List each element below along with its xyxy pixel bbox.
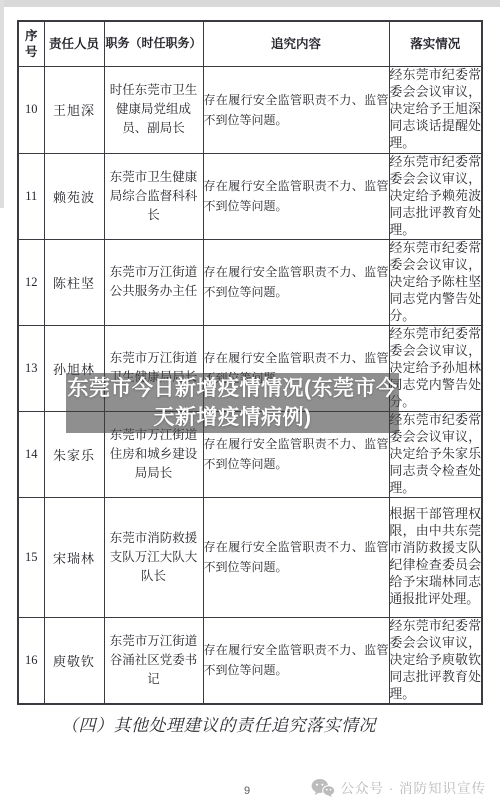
- row-accountability-content: 存在履行安全监管职责不力、监管不到位等问题。: [203, 239, 389, 325]
- row-implementation-result: 根据干部管理权限，由中共东莞市消防救援支队纪律检查委员会给予宋瑞林同志通报批评处…: [389, 497, 482, 617]
- row-seq-number: 13: [18, 325, 44, 411]
- table-row: 11 赖苑波 东莞市卫生健康局综合监督科科长 存在履行安全监管职责不力、监管不到…: [18, 153, 482, 239]
- row-seq-number: 15: [18, 497, 44, 617]
- row-implementation-result: 经东莞市纪委常委会会议审议，决定给予孙旭林同志党内警告处分。: [389, 325, 482, 411]
- watermark-title-banner: 东莞市今日新增疫情情况(东莞市今 天新增疫情病例): [66, 373, 399, 433]
- header-result: 落实情况: [389, 21, 482, 66]
- table-row: 16 庾敬钦 东莞市万江街道谷涌社区党委书记 存在履行安全监管职责不力、监管不到…: [18, 617, 482, 704]
- table-row: 10 王旭深 时任东莞市卫生健康局党组成员、副局长 存在履行安全监管职责不力、监…: [18, 66, 482, 153]
- row-seq-number: 16: [18, 617, 44, 704]
- header-duty: 职务（时任职务）: [104, 21, 203, 66]
- row-accountability-content: 存在履行安全监管职责不力、监管不到位等问题。: [203, 66, 389, 153]
- table-header-row: 序号 责任人员 职务（时任职务） 追究内容 落实情况: [18, 21, 482, 66]
- row-implementation-result: 经东莞市纪委常委会会议审议，决定给予赖苑波同志批评教育处理。: [389, 153, 482, 239]
- page-edge-top: [0, 0, 500, 7]
- row-accountability-content: 存在履行安全监管职责不力、监管不到位等问题。: [203, 153, 389, 239]
- row-seq-number: 14: [18, 411, 44, 497]
- row-duty: 东莞市卫生健康局综合监督科科长: [104, 153, 203, 239]
- row-person-name: 赖苑波: [44, 153, 104, 239]
- banner-line-1: 东莞市今日新增疫情情况(东莞市今: [66, 374, 399, 403]
- row-duty: 东莞市消防救援支队万江大队大队长: [104, 497, 203, 617]
- section-title: （四）其他处理建议的责任追究落实情况: [61, 711, 376, 736]
- banner-line-2: 天新增疫情病例): [66, 403, 399, 432]
- table-row: 15 宋瑞林 东莞市消防救援支队万江大队大队长 存在履行安全监管职责不力、监管不…: [18, 497, 482, 617]
- publisher-watermark: 公众号 · 消防知识宣传: [311, 777, 487, 797]
- row-accountability-content: 存在履行安全监管职责不力、监管不到位等问题。: [203, 617, 389, 704]
- row-duty: 东莞市万江街道谷涌社区党委书记: [104, 617, 203, 704]
- page-edge-left: [0, 0, 4, 208]
- row-seq-number: 12: [18, 239, 44, 325]
- row-person-name: 王旭深: [44, 66, 104, 153]
- row-implementation-result: 经东莞市纪委常委会会议审议，决定给予庾敬钦同志批评教育处理。: [389, 617, 482, 704]
- header-person: 责任人员: [44, 21, 104, 66]
- row-duty: 时任东莞市卫生健康局党组成员、副局长: [104, 66, 203, 153]
- document-page: 序号 责任人员 职务（时任职务） 追究内容 落实情况 10 王旭深 时任东莞市卫…: [0, 0, 500, 805]
- accountability-table: 序号 责任人员 职务（时任职务） 追究内容 落实情况 10 王旭深 时任东莞市卫…: [17, 20, 483, 705]
- header-seq: 序号: [18, 21, 44, 66]
- row-person-name: 宋瑞林: [44, 497, 104, 617]
- row-duty: 东莞市万江街道公共服务办主任: [104, 239, 203, 325]
- header-content: 追究内容: [203, 21, 389, 66]
- wechat-icon: [311, 778, 335, 797]
- row-implementation-result: 经东莞市纪委常委会会议审议，决定给予王旭深同志谈话提醒处理。: [389, 66, 482, 153]
- watermark-text: 公众号 · 消防知识宣传: [341, 777, 487, 797]
- row-seq-number: 11: [18, 153, 44, 239]
- row-implementation-result: 经东莞市纪委常委会会议审议，决定给予陈柱坚同志党内警告处分。: [389, 239, 482, 325]
- row-person-name: 庾敬钦: [44, 617, 104, 704]
- table-row: 12 陈柱坚 东莞市万江街道公共服务办主任 存在履行安全监管职责不力、监管不到位…: [18, 239, 482, 325]
- row-accountability-content: 存在履行安全监管职责不力、监管不到位等问题。: [203, 497, 389, 617]
- row-implementation-result: 经东莞市纪委常委会会议审议，决定给予朱家乐同志责令检查处理。: [389, 411, 482, 497]
- row-seq-number: 10: [18, 66, 44, 153]
- row-person-name: 陈柱坚: [44, 239, 104, 325]
